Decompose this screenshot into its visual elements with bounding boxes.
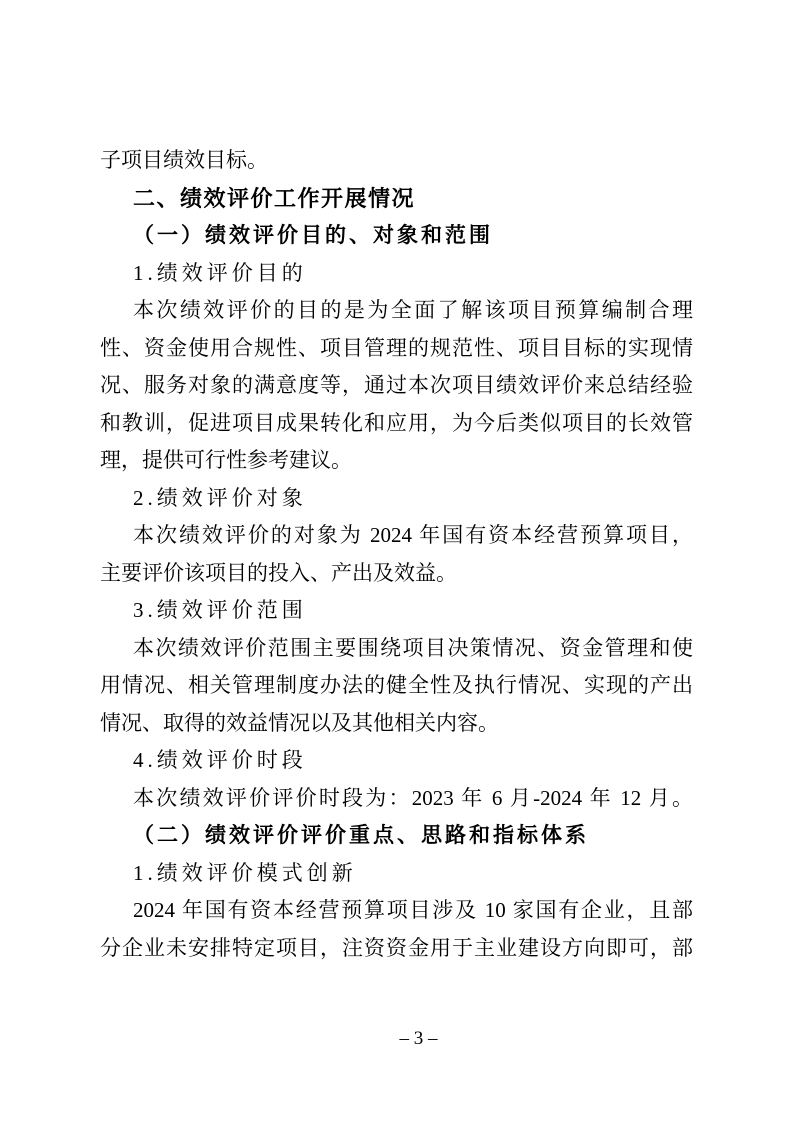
body-text-line: 2024 年国有资本经营预算项目涉及 10 家国有企业，且部 (100, 892, 693, 930)
body-text-line: 本次绩效评价范围主要围绕项目决策情况、资金管理和使 (100, 630, 693, 668)
body-text-line: 情况、取得的效益情况以及其他相关内容。 (100, 705, 693, 743)
body-text-line: 子项目绩效目标。 (100, 142, 693, 180)
body-text-line: 主要评价该项目的投入、产出及效益。 (100, 555, 693, 593)
body-text-line: 和教训，促进项目成果转化和应用，为今后类似项目的长效管 (100, 405, 693, 443)
heading-line: 1.绩效评价目的 (100, 255, 693, 293)
heading-line: 4.绩效评价时段 (100, 742, 693, 780)
body-text-line: 理，提供可行性参考建议。 (100, 442, 693, 480)
document-page: 子项目绩效目标。二、绩效评价工作开展情况（一）绩效评价目的、对象和范围1.绩效评… (0, 0, 793, 1122)
body-text-line: 本次绩效评价的目的是为全面了解该项目预算编制合理 (100, 292, 693, 330)
document-body: 子项目绩效目标。二、绩效评价工作开展情况（一）绩效评价目的、对象和范围1.绩效评… (100, 142, 693, 967)
body-text-line: 用情况、相关管理制度办法的健全性及执行情况、实现的产出 (100, 667, 693, 705)
body-text-line: 分企业未安排特定项目，注资资金用于主业建设方向即可，部 (100, 930, 693, 968)
heading-line: 2.绩效评价对象 (100, 480, 693, 518)
page-number: – 3 – (0, 1028, 793, 1050)
heading-line: （二）绩效评价评价重点、思路和指标体系 (100, 817, 693, 855)
heading-line: （一）绩效评价目的、对象和范围 (100, 217, 693, 255)
body-text-line: 况、服务对象的满意度等，通过本次项目绩效评价来总结经验 (100, 367, 693, 405)
body-text-line: 本次绩效评价的对象为 2024 年国有资本经营预算项目， (100, 517, 693, 555)
heading-line: 3.绩效评价范围 (100, 592, 693, 630)
body-text-line: 性、资金使用合规性、项目管理的规范性、项目目标的实现情 (100, 330, 693, 368)
heading-line: 二、绩效评价工作开展情况 (100, 180, 693, 218)
body-text-line: 本次绩效评价评价时段为：2023 年 6 月-2024 年 12 月。 (100, 780, 693, 818)
heading-line: 1.绩效评价模式创新 (100, 855, 693, 893)
